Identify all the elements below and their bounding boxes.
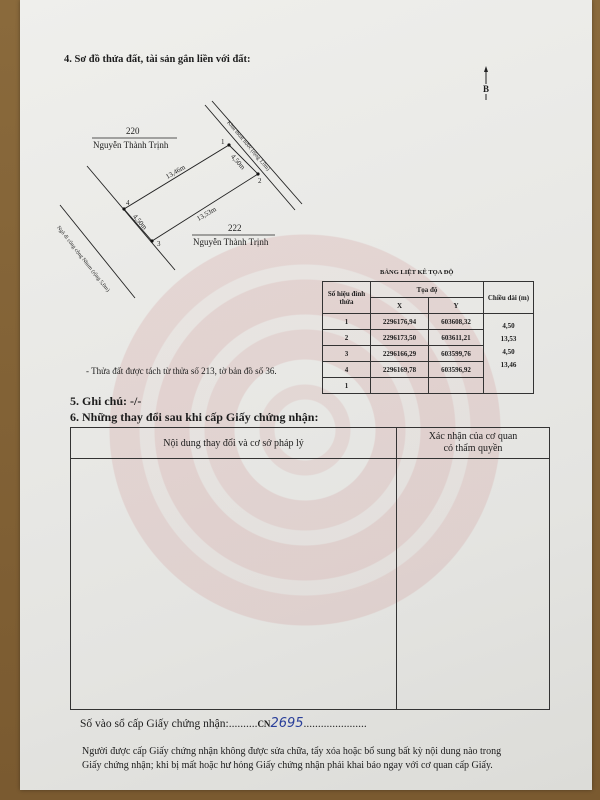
header-coords: Tọa độ <box>371 282 484 298</box>
section-6-title: 6. Những thay đổi sau khi cấp Giấy chứng… <box>70 410 318 425</box>
table-row: 1 2296176,94 603608,32 4,50 13,53 4,50 1… <box>323 314 534 330</box>
change-content-cell <box>71 459 397 710</box>
header-change-content: Nội dung thay đổi và cơ sở pháp lý <box>71 428 397 459</box>
point-label-2: 2 <box>258 177 262 185</box>
authority-confirmation-cell <box>397 459 550 710</box>
parcel-222-owner: Nguyễn Thành Trịnh <box>193 237 268 247</box>
parcel-origin-note: - Thửa đất được tách từ thửa số 213, tờ … <box>86 366 277 376</box>
section-5-title: 5. Ghi chú: -/- <box>70 394 141 409</box>
header-point: Số hiệu đỉnh thửa <box>323 282 371 314</box>
coord-table-title: BẢNG LIỆT KÊ TỌA ĐỘ <box>380 269 453 276</box>
north-label: B <box>482 84 490 94</box>
registry-label: Số vào sổ cấp Giấy chứng nhận: <box>80 718 229 730</box>
point-label-3: 3 <box>157 240 161 248</box>
point-label-4: 4 <box>126 199 130 207</box>
changes-table: Nội dung thay đổi và cơ sở pháp lý Xác n… <box>70 427 550 710</box>
header-y: Y <box>429 298 484 314</box>
north-arrow-icon <box>484 66 488 100</box>
header-x: X <box>371 298 429 314</box>
registry-number-handwritten: 2695 <box>270 716 303 731</box>
registry-prefix: CN <box>257 719 270 729</box>
parcel-220-owner: Nguyễn Thành Trịnh <box>93 140 168 150</box>
registry-number-line: Số vào sổ cấp Giấy chứng nhận:..........… <box>80 716 367 731</box>
parcel-220-number: 220 <box>126 126 140 136</box>
point-label-1: 1 <box>221 138 225 146</box>
lengths-cell: 4,50 13,53 4,50 13,46 <box>484 314 534 394</box>
parcel-222-number: 222 <box>228 223 242 233</box>
warning-notice: Người được cấp Giấy chứng nhận không đượ… <box>82 745 501 773</box>
header-length: Chiều dài (m) <box>484 282 534 314</box>
coord-table: Số hiệu đỉnh thửa Tọa độ Chiều dài (m) X… <box>322 281 534 394</box>
header-authority-confirmation: Xác nhận của cơ quan có thẩm quyền <box>397 428 550 459</box>
